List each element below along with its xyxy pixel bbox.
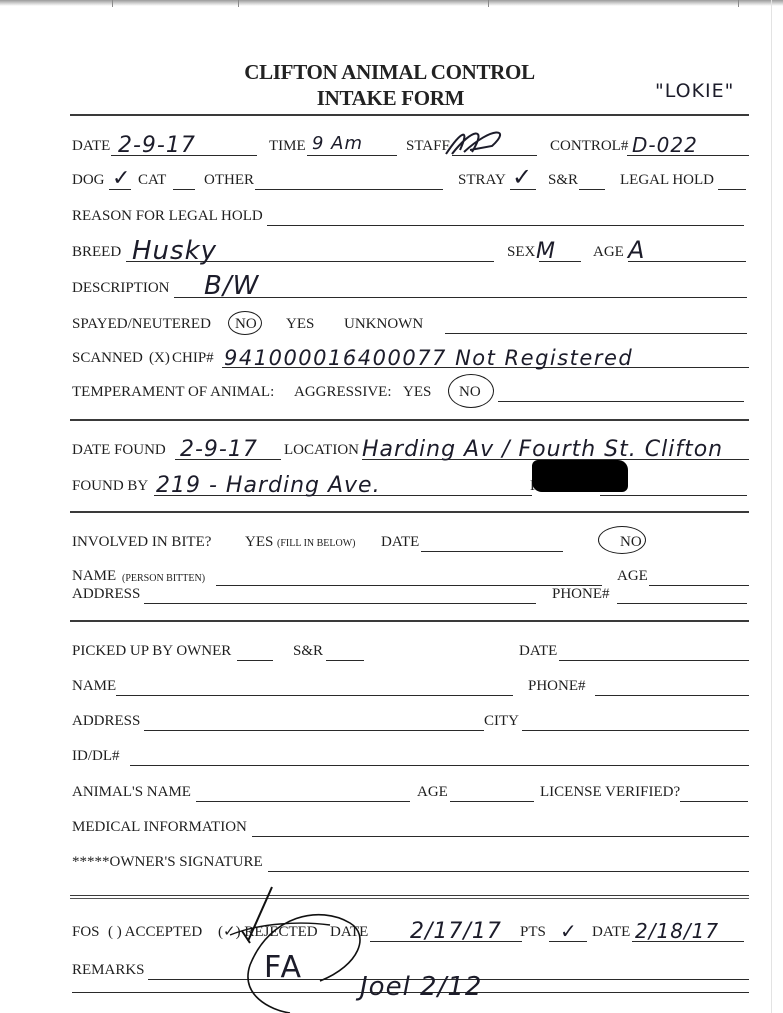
owner-id-label: ID/DL#	[72, 748, 120, 765]
row-animal-name-license: ANIMAL'S NAME AGE LICENSE VERIFIED?	[72, 780, 749, 804]
owner-city-field[interactable]	[522, 730, 749, 731]
spayed-unknown-option[interactable]: UNKNOWN	[344, 316, 423, 333]
spayed-neutered-label: SPAYED/NEUTERED	[72, 316, 211, 333]
description-value: B/W	[204, 271, 259, 301]
owner-address-label: ADDRESS	[72, 713, 140, 730]
row-owner-signature: *****OWNER'S SIGNATURE	[72, 850, 749, 874]
time-label: TIME	[269, 138, 306, 155]
dog-check: ✓	[112, 166, 131, 191]
owner-id-field[interactable]	[130, 765, 749, 766]
row-picked-up: PICKED UP BY OWNER S&R DATE	[72, 639, 749, 663]
row-breed-sex-age: BREED Husky SEX M AGE A	[72, 240, 749, 264]
cat-checkbox[interactable]	[173, 189, 195, 190]
date-value: 2-9-17	[118, 133, 196, 158]
aggressive-yes-option[interactable]: YES	[403, 384, 431, 401]
bitten-phone-field[interactable]	[617, 603, 747, 604]
pts-date-value: 2/18/17	[635, 919, 719, 943]
found-by-value: 219 - Harding Ave.	[156, 473, 381, 498]
location-label: LOCATION	[284, 442, 359, 459]
other-label: OTHER	[204, 172, 254, 189]
remarks-signature: Joel 2/12	[360, 972, 482, 1002]
found-by-label: FOUND BY	[72, 478, 148, 495]
bitten-address-field[interactable]	[144, 603, 536, 604]
accepted-option[interactable]: ( ) ACCEPTED	[108, 924, 202, 941]
remarks-label: REMARKS	[72, 962, 145, 979]
pts-date-label: DATE	[592, 924, 630, 941]
animals-name-label: ANIMAL'S NAME	[72, 784, 191, 801]
time-field[interactable]	[307, 155, 397, 156]
animal-name-note: "LOKIE"	[655, 80, 734, 102]
stray-label: STRAY	[458, 172, 506, 189]
row-scanned-chip: SCANNED (X) CHIP# 941000016400077 Not Re…	[72, 346, 749, 370]
license-verified-label: LICENSE VERIFIED?	[540, 784, 680, 801]
picked-up-by-owner-field[interactable]	[237, 660, 273, 661]
header-divider	[70, 114, 749, 116]
row-medical-information: MEDICAL INFORMATION	[72, 815, 749, 839]
sex-label: SEX	[507, 244, 535, 261]
phone-redaction: [redacted]	[532, 460, 628, 492]
row-date-found-location: DATE FOUND 2-9-17 LOCATION Harding Av / …	[72, 438, 749, 462]
owner-signature-label: *****OWNER'S SIGNATURE	[72, 854, 263, 871]
chip-number-value: 941000016400077 Not Registered	[224, 346, 633, 370]
finder-phone-field[interactable]	[600, 495, 747, 496]
pickup-date-field[interactable]	[559, 660, 749, 661]
age-label: AGE	[593, 244, 624, 261]
owner-sr-label: S&R	[293, 643, 323, 660]
description-field[interactable]	[174, 297, 747, 298]
medical-information-field[interactable]	[252, 836, 749, 837]
owner-sr-field[interactable]	[326, 660, 364, 661]
chip-number-label: CHIP#	[172, 350, 214, 367]
fos-label: FOS	[72, 924, 100, 941]
other-field[interactable]	[255, 189, 443, 190]
scan-tick	[238, 0, 239, 7]
bite-no-circle-mark	[598, 526, 646, 554]
temperament-label: TEMPERAMENT OF ANIMAL:	[72, 384, 274, 401]
bite-date-field[interactable]	[421, 551, 563, 552]
row-date-time-staff-control: DATE 2-9-17 TIME 9 Am STAFF CONTROL# D-0…	[72, 134, 749, 158]
time-value: 9 Am	[312, 133, 363, 154]
section-divider-found	[70, 419, 749, 421]
row-legal-hold-reason: REASON FOR LEGAL HOLD	[72, 204, 749, 228]
spayed-no-circle-mark	[228, 311, 262, 335]
date-label: DATE	[72, 138, 110, 155]
scan-tick	[112, 0, 113, 7]
breed-value: Husky	[132, 236, 217, 266]
row-owner-name-phone: NAME PHONE#	[72, 674, 749, 698]
scan-tick	[488, 0, 489, 7]
breed-label: BREED	[72, 244, 121, 261]
row-temperament: TEMPERAMENT OF ANIMAL: AGGRESSIVE: YES N…	[72, 380, 749, 404]
control-number-value: D-022	[632, 133, 698, 157]
animal-age-label: AGE	[417, 784, 448, 801]
age-field[interactable]	[628, 261, 746, 262]
row-found-by-phone: FOUND BY 219 - Harding Ave. PHONE# [reda…	[72, 474, 749, 498]
bitten-phone-label: PHONE#	[552, 586, 610, 603]
stray-check: ✓	[512, 163, 533, 191]
owner-name-field[interactable]	[116, 695, 513, 696]
license-verified-field[interactable]	[680, 801, 748, 802]
row-owner-address-city: ADDRESS CITY	[72, 709, 749, 733]
legal-hold-reason-field[interactable]	[267, 225, 744, 226]
scanned-label: SCANNED	[72, 350, 143, 367]
sr-label: S&R	[548, 172, 578, 189]
scan-artifact-top	[0, 0, 783, 6]
remarks-fa-note: FA	[264, 950, 303, 985]
bite-yes-note: (FILL IN BELOW)	[277, 538, 356, 549]
row-owner-id: ID/DL#	[72, 744, 749, 768]
legal-hold-checkbox[interactable]	[718, 189, 746, 190]
section-divider-bite	[70, 511, 749, 513]
owner-address-field[interactable]	[144, 730, 484, 731]
location-value: Harding Av / Fourth St. Clifton	[362, 437, 723, 462]
bite-yes-option[interactable]: YES	[245, 534, 273, 551]
owner-phone-field[interactable]	[595, 695, 749, 696]
staff-initials-scribble	[442, 126, 522, 158]
date-found-label: DATE FOUND	[72, 442, 166, 459]
scan-tick	[738, 0, 739, 7]
temperament-notes-field[interactable]	[498, 401, 744, 402]
scanned-checkbox[interactable]: (X)	[149, 350, 170, 367]
owner-phone-label: PHONE#	[528, 678, 586, 695]
section-divider-owner	[70, 620, 749, 622]
dog-label: DOG	[72, 172, 105, 189]
owner-city-label: CITY	[484, 713, 519, 730]
aggressive-label: AGGRESSIVE:	[294, 384, 392, 401]
pts-check: ✓	[560, 919, 578, 943]
cat-label: CAT	[138, 172, 166, 189]
page-edge	[771, 0, 772, 1013]
bite-date-label: DATE	[381, 534, 419, 551]
date-found-value: 2-9-17	[180, 437, 258, 462]
spayed-yes-option[interactable]: YES	[286, 316, 314, 333]
age-value: A	[628, 236, 645, 264]
control-number-label: CONTROL#	[550, 138, 628, 155]
legal-hold-reason-label: REASON FOR LEGAL HOLD	[72, 208, 263, 225]
row-animal-type: DOG ✓ CAT OTHER STRAY ✓ S&R LEGAL HOLD	[72, 168, 749, 192]
spayed-notes-field[interactable]	[445, 333, 747, 334]
owner-name-label: NAME	[72, 678, 116, 695]
aggressive-no-circle-mark	[448, 374, 494, 408]
row-bite-involvement: INVOLVED IN BITE? YES (FILL IN BELOW) DA…	[72, 530, 749, 554]
description-label: DESCRIPTION	[72, 280, 170, 297]
bitten-address-label: ADDRESS	[72, 586, 140, 603]
involved-in-bite-label: INVOLVED IN BITE?	[72, 534, 211, 551]
animals-name-field[interactable]	[196, 801, 410, 802]
pickup-date-label: DATE	[519, 643, 557, 660]
row-description: DESCRIPTION B/W	[72, 276, 749, 300]
legal-hold-label: LEGAL HOLD	[620, 172, 714, 189]
sr-checkbox[interactable]	[579, 189, 605, 190]
owner-signature-field[interactable]	[268, 871, 749, 872]
medical-information-label: MEDICAL INFORMATION	[72, 819, 247, 836]
picked-up-by-owner-label: PICKED UP BY OWNER	[72, 643, 231, 660]
sex-value: M	[536, 239, 556, 264]
row-spayed-neutered: SPAYED/NEUTERED NO YES UNKNOWN	[72, 312, 749, 336]
animal-age-field[interactable]	[450, 801, 534, 802]
row-bitten-address-phone: ADDRESS PHONE#	[72, 582, 749, 606]
